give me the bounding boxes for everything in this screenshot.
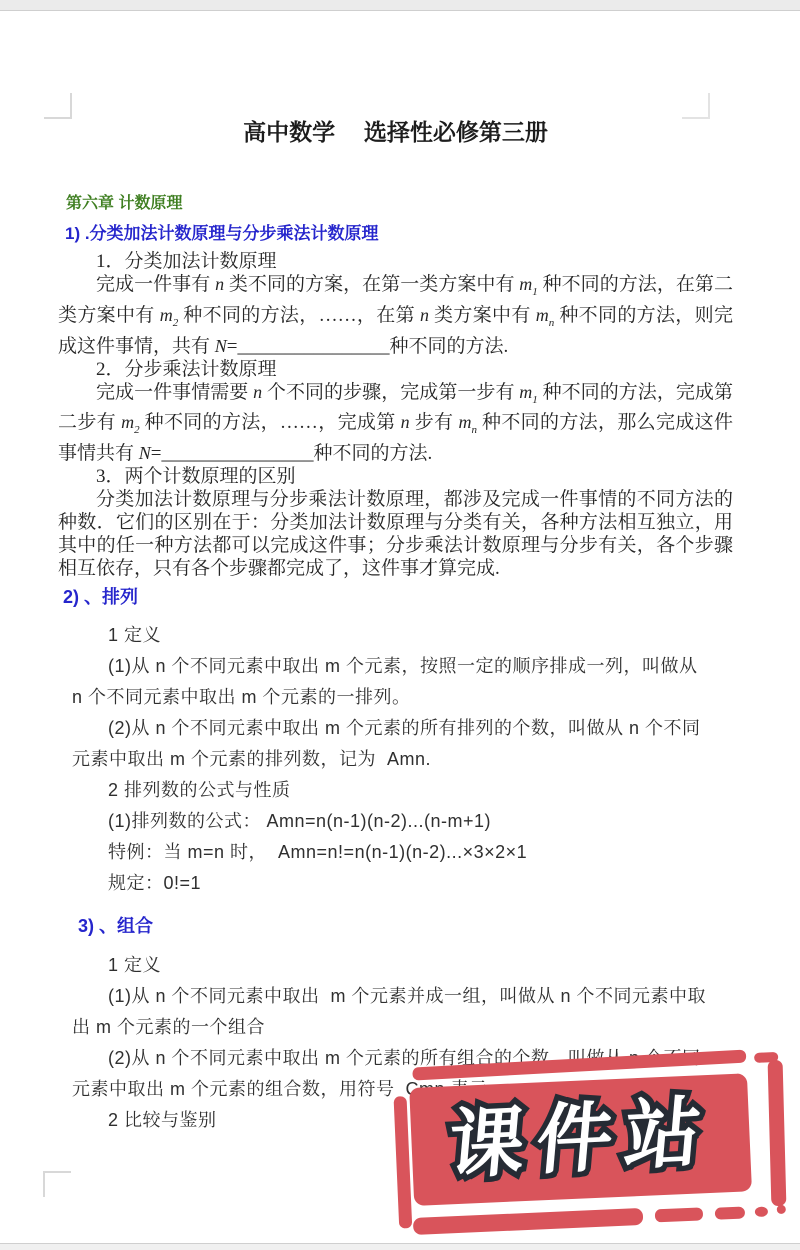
text-segment: 类方案中有 [429, 305, 536, 326]
subsection-title-addition: 1．分类加法计数原理 [58, 250, 733, 273]
stamp-plate: 课件站 课件站 [409, 1073, 752, 1206]
page-bottom-edge [0, 1243, 800, 1250]
factorial-convention: 规定：0!=1 [72, 868, 712, 899]
stamp-text: 课件站 课件站 [445, 1094, 716, 1184]
math-var: n [420, 305, 429, 325]
text-segment: 种不同的方法，……，在第 [178, 305, 420, 326]
math-var: m [458, 412, 471, 432]
section-2-body: 1 定义 (1)从 n 个不同元素中取出 m 个元素，按照一定的顺序排成一列，叫… [72, 620, 712, 899]
permutation-definition-1: (1)从 n 个不同元素中取出 m 个元素，按照一定的顺序排成一列，叫做从 n … [72, 651, 712, 713]
margin-crop-mark-bottom-left [43, 1171, 71, 1197]
stamp-text-fill: 课件站 [445, 1089, 716, 1188]
kejianzhan-stamp: 课件站 课件站 [392, 1049, 796, 1248]
combination-definition-1: (1)从 n 个不同元素中取出 m 个元素并成一组，叫做从 n 个不同元素中取出… [72, 981, 712, 1043]
text-segment: 完成一件事有 [96, 274, 215, 295]
stamp-frame-stroke-bottom-1 [413, 1208, 644, 1235]
formula-title: 2 排列数的公式与性质 [72, 775, 712, 806]
principles-difference-paragraph: 分类加法计数原理与分步乘法计数原理，都涉及完成一件事情的不同方法的种数．它们的区… [58, 488, 733, 580]
math-var: N [215, 336, 227, 356]
fill-in-blank: =________________种不同的方法. [151, 443, 432, 464]
text-segment: 个不同的步骤，完成第一步有 [262, 382, 519, 403]
document-page: 高中数学 选择性必修第三册 第六章 计数原理 1) .分类加法计数原理与分步乘法… [0, 0, 800, 1136]
math-var: n [215, 274, 224, 294]
section-1-heading: 1) .分类加法计数原理与分步乘法计数原理 [65, 222, 800, 245]
definition-title: 1 定义 [72, 950, 712, 981]
math-var: n [253, 382, 262, 402]
math-var: n [401, 412, 410, 432]
principle-multiplication-paragraph: 完成一件事情需要 n 个不同的步骤，完成第一步有 m1 种不同的方法，完成第二步… [58, 381, 733, 466]
math-var: N [139, 443, 151, 463]
math-var: m [519, 274, 532, 294]
text-segment: 类不同的方案，在第一类方案中有 [224, 274, 519, 295]
stamp-frame-stroke-right [768, 1060, 787, 1206]
section-2-heading: 2) 、排列 [63, 586, 800, 609]
subsection-title-multiplication: 2．分步乘法计数原理 [58, 358, 733, 381]
text-segment: 种不同的方法，……，完成第 [140, 412, 401, 433]
text-segment: 完成一件事情需要 [96, 382, 253, 403]
stamp-frame-stroke-bottom-3 [715, 1206, 745, 1219]
chapter-heading: 第六章 计数原理 [66, 194, 800, 214]
math-var: m [160, 305, 173, 325]
definition-title: 1 定义 [72, 620, 712, 651]
permutation-formula: (1)排列数的公式： Amn=n(n-1)(n-2)...(n-m+1) [72, 806, 712, 837]
stamp-frame-stroke-bottom-2 [655, 1207, 704, 1222]
math-var: m [519, 382, 532, 402]
permutation-special-case: 特例：当 m=n 时， Amn=n!=n(n-1)(n-2)...×3×2×1 [72, 837, 712, 868]
page-title: 高中数学 选择性必修第三册 [58, 10, 763, 148]
fill-in-blank: =________________种不同的方法. [227, 336, 508, 357]
text-segment: 步有 [410, 412, 459, 433]
section-3-heading: 3) 、组合 [78, 915, 800, 938]
permutation-definition-2: (2)从 n 个不同元素中取出 m 个元素的所有排列的个数，叫做从 n 个不同元… [72, 713, 712, 775]
stamp-frame-dot-1 [755, 1206, 768, 1217]
math-var: m [121, 412, 134, 432]
stamp-frame-dot-2 [777, 1205, 786, 1214]
principle-addition-paragraph: 完成一件事有 n 类不同的方案，在第一类方案中有 m1 种不同的方法，在第二类方… [58, 273, 733, 358]
subsection-title-difference: 3．两个计数原理的区别 [58, 465, 733, 488]
section-1-body: 1．分类加法计数原理 完成一件事有 n 类不同的方案，在第一类方案中有 m1 种… [58, 250, 733, 580]
math-var: m [536, 305, 549, 325]
